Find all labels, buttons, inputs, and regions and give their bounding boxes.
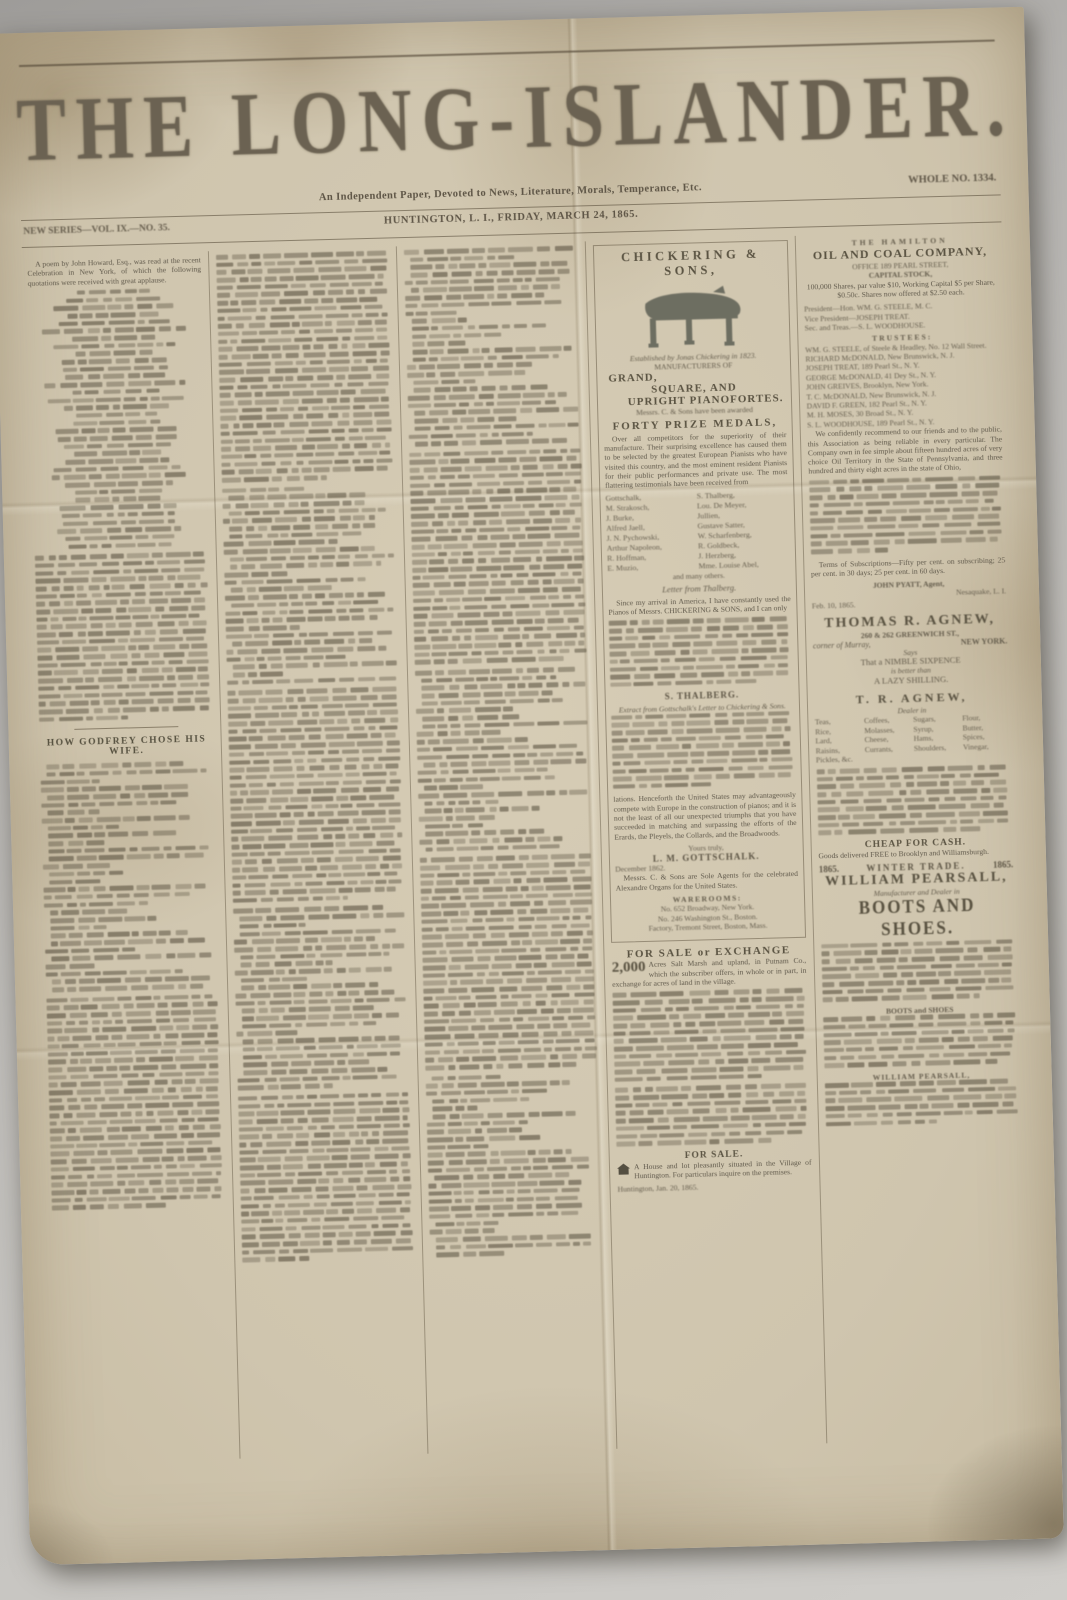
names-right: S. Thalberg,Lou. De Meyer,Jullien,Gustav…: [697, 489, 790, 571]
section-divider: [74, 726, 178, 730]
poem-intro: A poem by John Howard, Esq., was read at…: [27, 255, 201, 287]
goods-item: Pickles, &c.: [816, 755, 863, 766]
illegible-extract-text: [611, 711, 795, 790]
alexandre-agents: Messrs. C. & Sons are Sole Agents for th…: [615, 869, 798, 892]
medals-paragraph: Over all competitors for the superiority…: [604, 430, 788, 491]
column-1: A poem by John Howard, Esq., was read at…: [20, 251, 239, 1463]
winter-year-right: 1865.: [993, 860, 1014, 871]
house-icon: [617, 1163, 630, 1174]
illegible-ad-text: [821, 939, 1017, 1002]
illegible-text: [426, 1072, 604, 1258]
column-5: THE HAMILTON OIL AND COAL COMPANY, OFFIC…: [794, 230, 1035, 1443]
column-4: CHICKERING & SONS,: [585, 236, 826, 1449]
illegible-text: [35, 551, 213, 722]
illegible-text: [410, 448, 589, 665]
whole-number: WHOLE NO. 1334.: [908, 173, 996, 186]
illegible-text: [415, 666, 593, 852]
boots-shoes-heading: BOOTS AND SHOES.: [820, 893, 1016, 942]
letter-opening: Since my arrival in America, I have cons…: [608, 594, 791, 617]
goods-item: Vinegar,: [963, 741, 1010, 752]
illegible-text: [227, 687, 406, 904]
goods-item: Shoulders,: [914, 742, 961, 753]
illegible-poem-text: [28, 287, 208, 550]
letter-closing: lations. Henceforth the United States ma…: [613, 790, 797, 841]
names-left: Gottschalk,M. Strakosch,J. Burke,Alfred …: [605, 492, 698, 574]
acreage-figure: 2,000: [612, 960, 646, 975]
piano-engraving-icon: [627, 283, 757, 352]
trustees-list: WM. G. STEELE, of Steele & Headley, No. …: [805, 340, 1002, 430]
officers-list: President—Hon. WM. G. STEELE, M. C.Vice …: [804, 300, 999, 333]
story-headline: HOW GODFREY CHOSE HIS WIFE.: [40, 734, 214, 759]
chickering-ad: CHICKERING & SONS,: [593, 240, 806, 943]
for-sale-exchange-text: 2,000Acres Salt Marsh and upland, in Put…: [612, 956, 807, 989]
illegible-story-text: [40, 760, 220, 992]
letter-heading: Letter from Thalberg.: [608, 582, 791, 596]
illegible-ad-text: [615, 1083, 811, 1146]
illegible-ad-text: [823, 1012, 1019, 1068]
goods-list: Teas,Coffees,Sugars,Flour,Rice,Molasses,…: [815, 712, 1011, 765]
masthead: THE LONG-ISLANDER.: [16, 63, 1002, 174]
illegible-ad-text: [816, 764, 1012, 835]
thalberg-signature: S. THALBERG.: [611, 688, 794, 703]
shares-text: 100,000 Shares, par value $10, Working C…: [803, 277, 998, 301]
illegible-text: [420, 854, 599, 1071]
column-3: [396, 241, 616, 1454]
illegible-text: [404, 245, 583, 446]
illegible-ad-text: [809, 475, 1005, 554]
illegible-text: [222, 484, 401, 685]
illegible-letter-text: [609, 616, 793, 687]
warerooms-list: No. 652 Broadway, New York.No. 246 Washi…: [616, 901, 799, 934]
paper-title: THE LONG-ISLANDER.: [15, 54, 1001, 183]
column-area: A poem by John Howard, Esq., was read at…: [20, 230, 1035, 1463]
terms-paragraph: Terms of Subscriptions—Fifty per cent. o…: [811, 555, 1006, 579]
for-sale-date: Huntington, Jan. 20, 1865.: [617, 1180, 812, 1194]
column-2: [208, 246, 428, 1459]
chickering-heading: CHICKERING & SONS,: [599, 246, 782, 281]
illegible-ad-text: [612, 988, 809, 1082]
illegible-text: [238, 1092, 416, 1263]
newspaper-page: THE LONG-ISLANDER. An Independent Paper,…: [0, 7, 1064, 1566]
goods-item: Currants,: [865, 744, 912, 755]
for-sale-text: A House and lot pleasantly situated in t…: [617, 1158, 812, 1182]
page-inner: THE LONG-ISLANDER. An Independent Paper,…: [0, 7, 1064, 1566]
winter-year-left: 1865.: [819, 864, 840, 875]
recommend-paragraph: We confidently recommend to our friends …: [807, 425, 1003, 477]
illegible-ad-text: [824, 1078, 1020, 1126]
illegible-text: [216, 250, 396, 482]
pianist-names: Gottschalk,M. Strakosch,J. Burke,Alfred …: [605, 489, 790, 574]
illegible-story-text: [46, 994, 225, 1211]
illegible-text: [233, 905, 411, 1091]
